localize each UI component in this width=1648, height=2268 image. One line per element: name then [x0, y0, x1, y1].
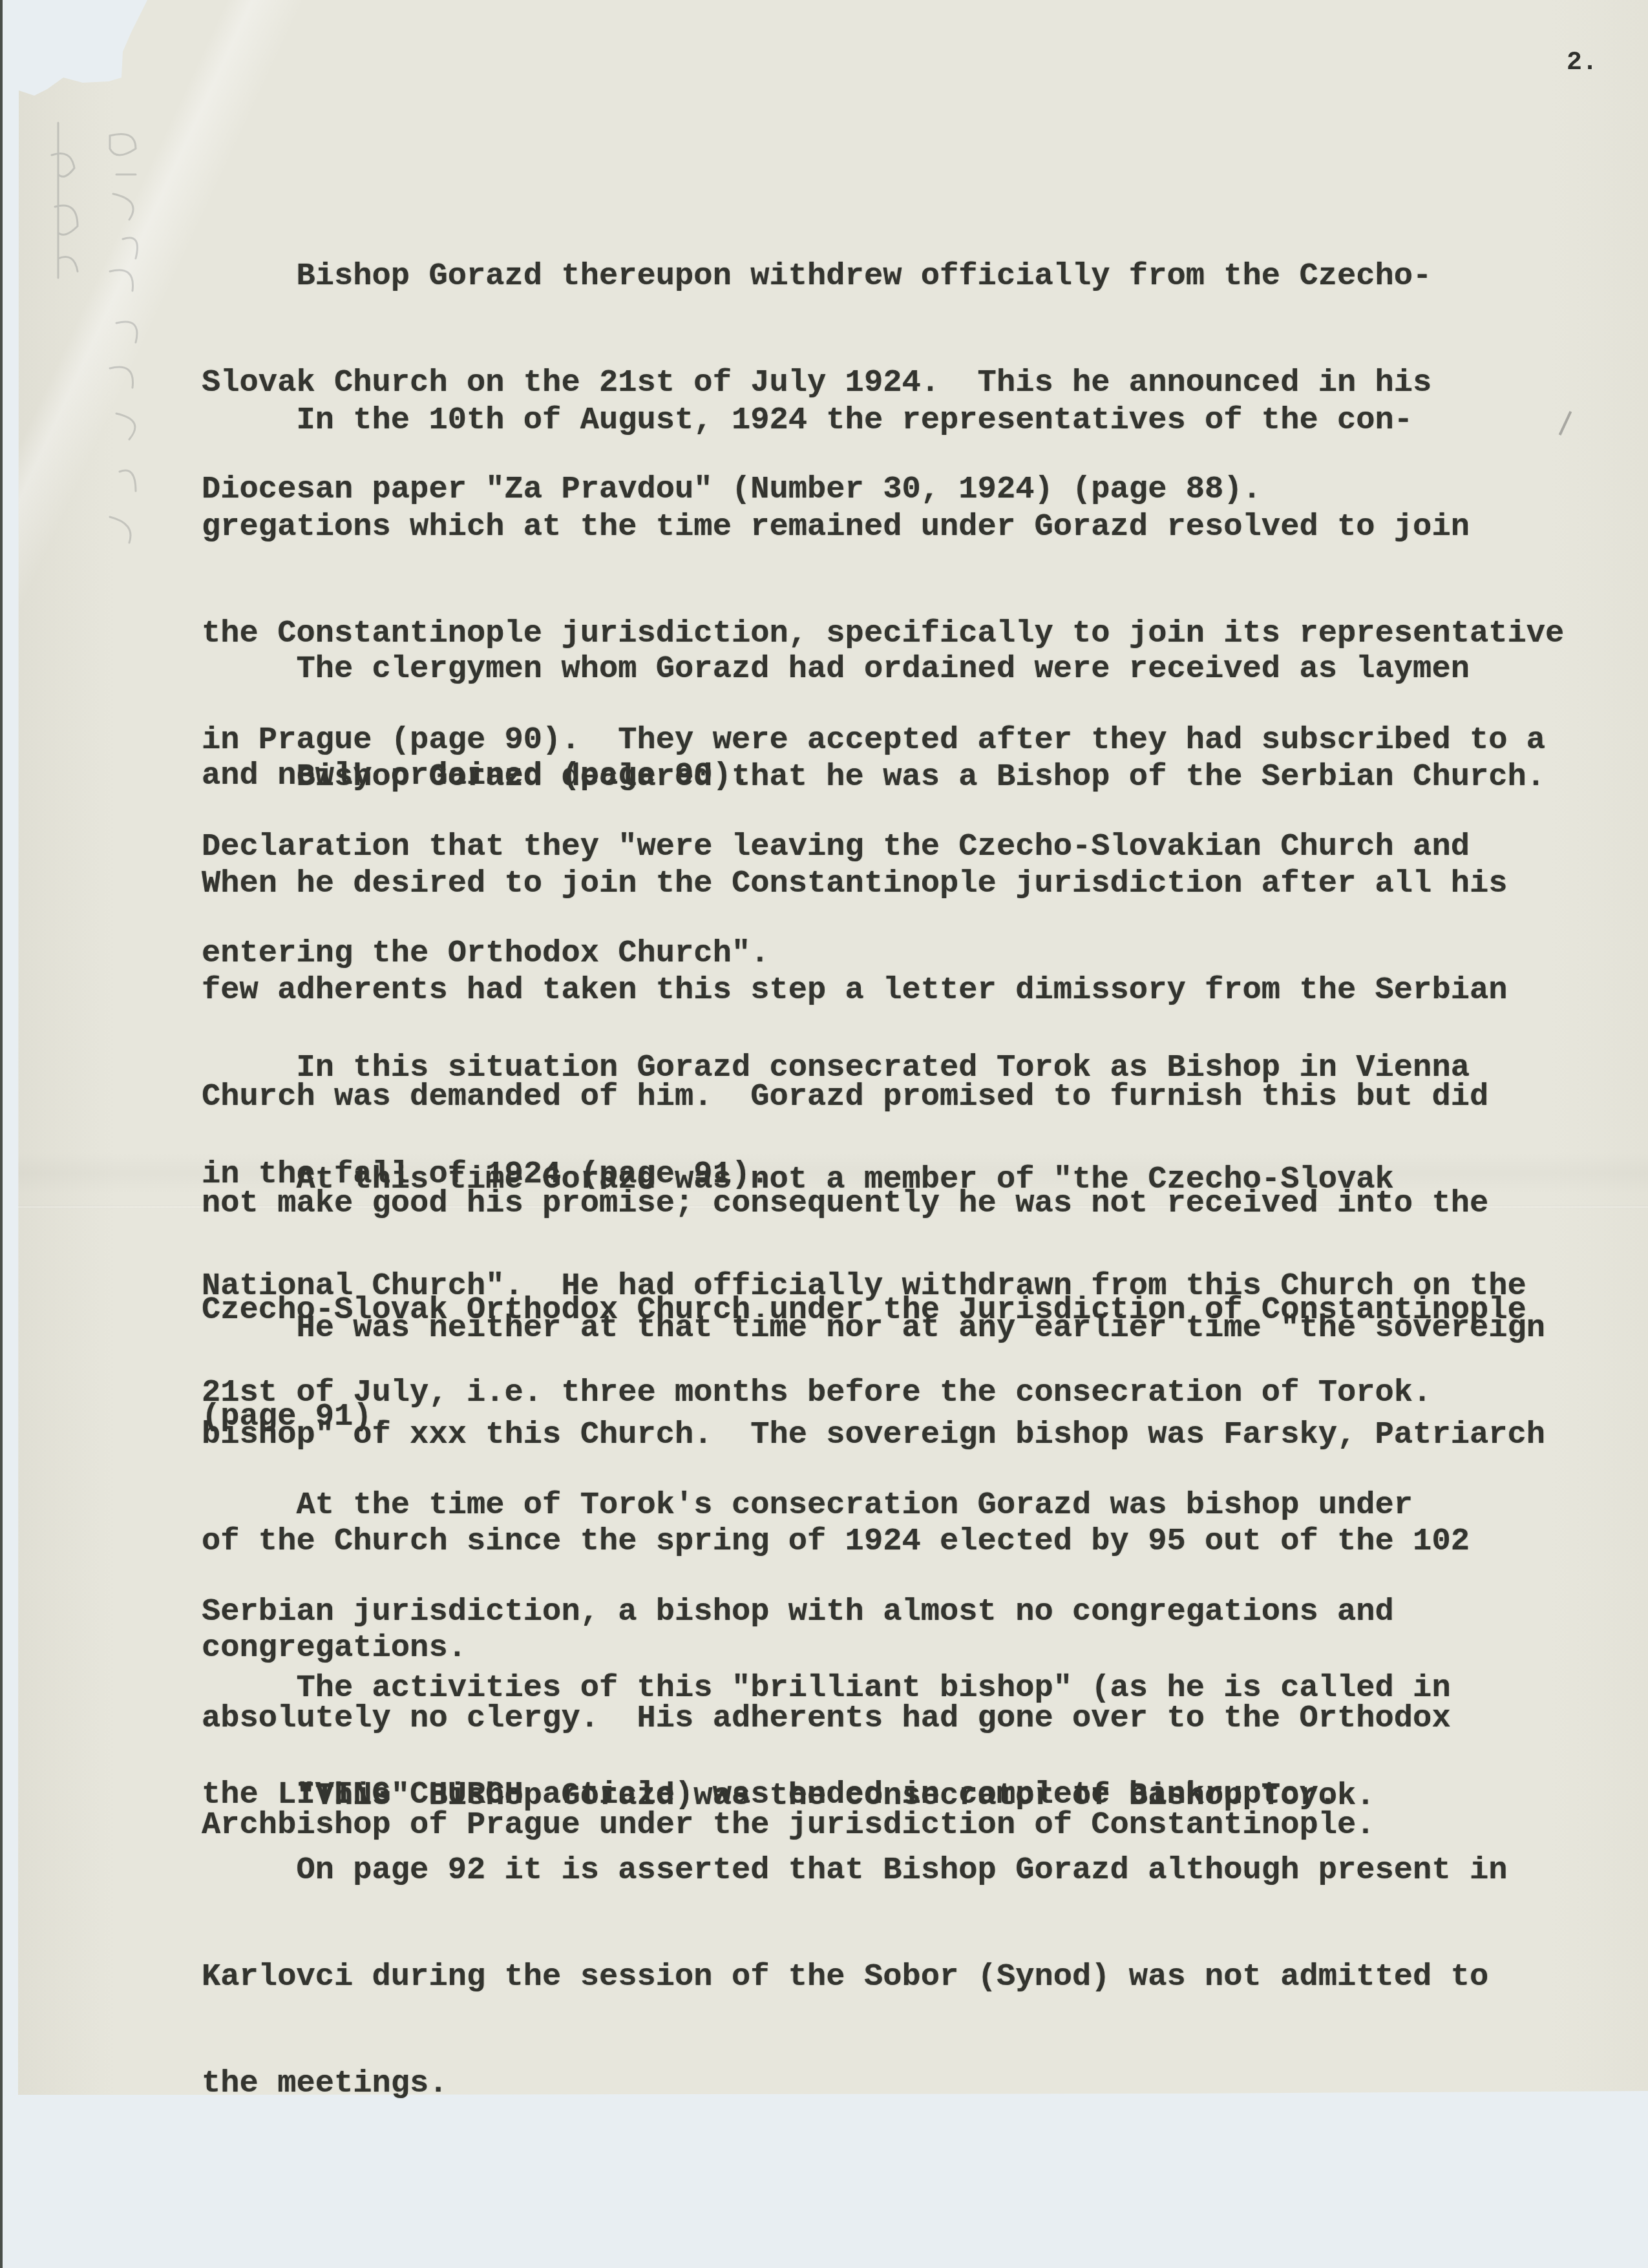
text-line: In this situation Gorazd consecrated Tor… — [202, 1050, 1470, 1086]
text-line: At this time Gorazd was not a member of … — [202, 1162, 1527, 1197]
text-line: On page 92 it is asserted that Bishop Go… — [202, 1853, 1508, 1888]
text-line: The activities of this "brilliant bishop… — [202, 1670, 1451, 1706]
text-line: In the 10th of August, 1924 the represen… — [202, 403, 1564, 438]
page-number: 2. — [1567, 45, 1598, 81]
margin-handwriting-icon — [39, 110, 168, 562]
text-line: Bishop Gorazd declared that he was a Bis… — [202, 759, 1545, 795]
paragraph-karlovci: On page 92 it is asserted that Bishop Go… — [202, 1781, 1508, 2172]
text-line: When he desired to join the Constantinop… — [202, 866, 1545, 901]
text-line: At the time of Torok's consecration Gora… — [202, 1487, 1451, 1523]
scanner-bed-edge — [0, 0, 3, 2268]
text-line: Karlovci during the session of the Sobor… — [202, 1959, 1508, 1995]
text-line: gregations which at the time remained un… — [202, 509, 1564, 545]
text-line: the meetings. — [202, 2066, 1508, 2101]
text-line: Bishop Gorazd thereupon withdrew officia… — [202, 258, 1431, 294]
text-line: The clergymen whom Gorazd had ordained w… — [202, 651, 1470, 687]
text-line: He was neither at that time nor at any e… — [202, 1310, 1545, 1346]
